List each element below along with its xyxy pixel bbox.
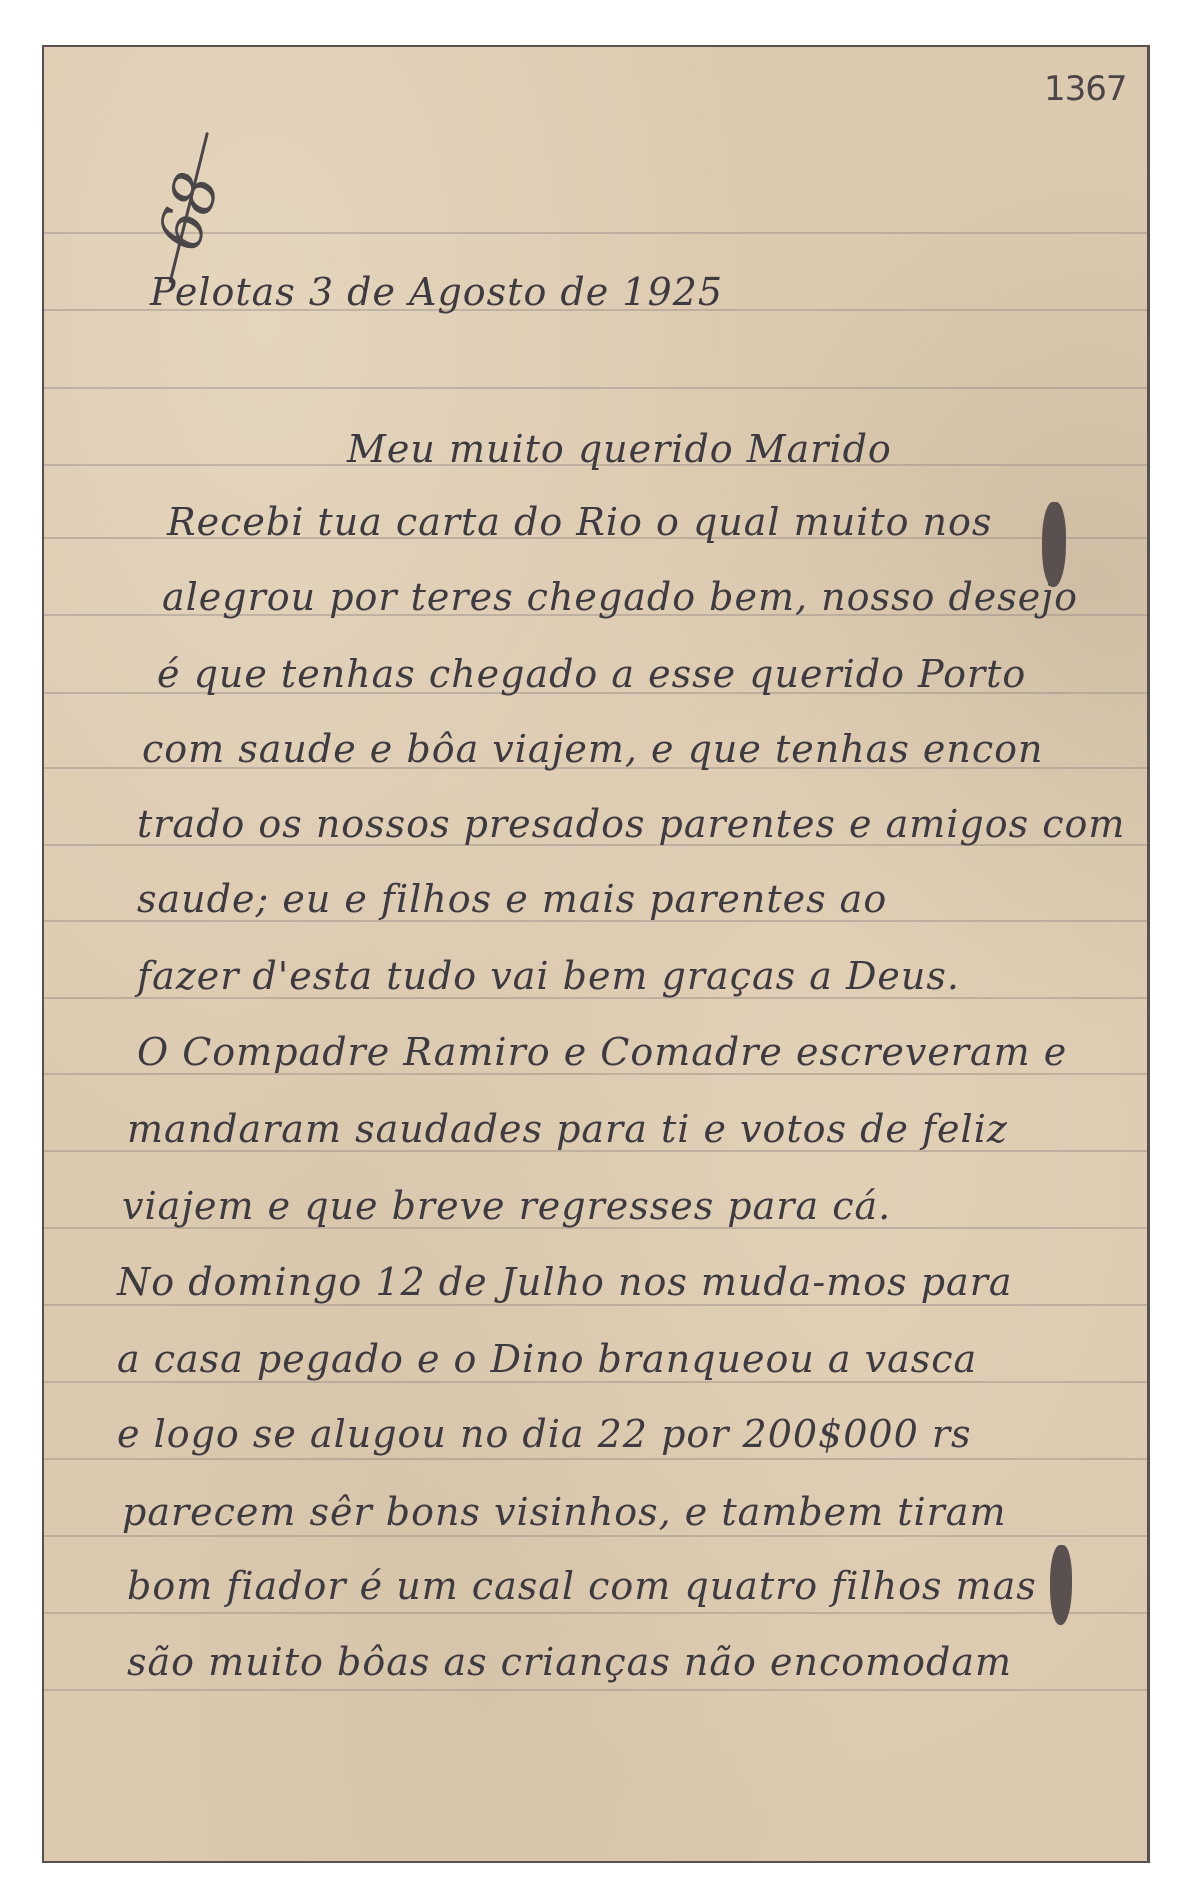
letter-line: O Compadre Ramiro e Comadre escreveram e [137, 1030, 1067, 1074]
letter-page: 1367 68 Pelotas 3 de Agosto de 1925Meu m… [42, 45, 1150, 1863]
ruled-line [44, 1612, 1147, 1614]
letter-line: alegrou por teres chegado bem, nosso des… [162, 575, 1078, 619]
ink-stain [1050, 1545, 1072, 1625]
letter-line: parecem sêr bons visinhos, e tambem tira… [122, 1490, 1007, 1534]
letter-line: com saude e bôa viajem, e que tenhas enc… [142, 727, 1044, 771]
letter-line: Meu muito querido Marido [347, 427, 892, 471]
letter-line: fazer d'esta tudo vai bem graças a Deus. [137, 954, 960, 998]
archive-number: 1367 [1044, 69, 1127, 109]
letter-line: bom fiador é um casal com quatro filhos … [127, 1564, 1037, 1608]
ink-stain [1042, 502, 1066, 587]
ruled-line [44, 1458, 1147, 1460]
letter-line: é que tenhas chegado a esse querido Port… [157, 652, 1026, 696]
letter-line: Pelotas 3 de Agosto de 1925 [150, 270, 723, 314]
letter-line: No domingo 12 de Julho nos muda-mos para [117, 1260, 1013, 1304]
ruled-line [44, 1689, 1147, 1691]
letter-line: trado os nossos presados parentes e amig… [137, 802, 1125, 846]
letter-line: são muito bôas as crianças não encomodam [127, 1640, 1012, 1684]
letter-line: a casa pegado e o Dino branqueou a vasca [117, 1337, 977, 1381]
ruled-line [44, 1535, 1147, 1537]
ruled-line [44, 387, 1147, 389]
ruled-line [44, 1304, 1147, 1306]
letter-line: e logo se alugou no dia 22 por 200$000 r… [117, 1412, 972, 1456]
letter-line: saude; eu e filhos e mais parentes ao [137, 877, 887, 921]
letter-line: Recebi tua carta do Rio o qual muito nos [167, 500, 992, 544]
letter-line: mandaram saudades para ti e votos de fel… [127, 1107, 1008, 1151]
letter-line: viajem e que breve regresses para cá. [122, 1184, 891, 1228]
ruled-line [44, 1381, 1147, 1383]
